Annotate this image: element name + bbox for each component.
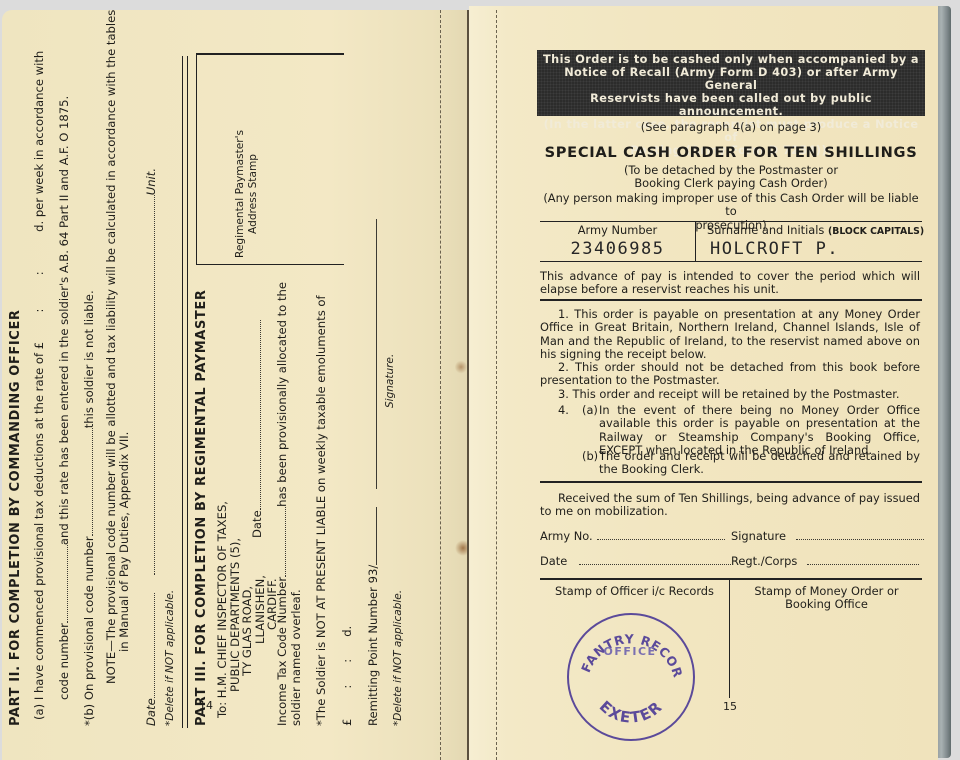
receipt-date: Date bbox=[540, 554, 731, 568]
text: : bbox=[32, 271, 46, 275]
part2-note-line2: in Manual of Pay Duties, Appendix VII. bbox=[117, 432, 131, 652]
stamp-ring-text-icon: INFANTRY RECORD OFFICE EXETER bbox=[566, 612, 694, 740]
unit-field[interactable] bbox=[144, 195, 155, 575]
stamp-officer-label: Stamp of Officer i/c Records bbox=[540, 585, 729, 598]
part2-date-field[interactable] bbox=[144, 593, 155, 698]
text: *(b) On provisional code number bbox=[82, 536, 96, 726]
surname-value[interactable]: HOLCROFT P. bbox=[710, 239, 839, 259]
signature-field[interactable] bbox=[366, 219, 377, 489]
clause-4a-tag: (a) bbox=[582, 404, 598, 417]
clause-4b-tag: (b) bbox=[582, 450, 598, 463]
table-divider bbox=[695, 221, 696, 261]
notice-line: Notice of Recall (Army Form D 403) or af… bbox=[537, 66, 925, 92]
text: Booking Office bbox=[731, 598, 922, 611]
text: has been provisionally allocated to the bbox=[275, 282, 289, 507]
army-number-value[interactable]: 23406985 bbox=[540, 239, 695, 259]
cash-order-title: SPECIAL CASH ORDER FOR TEN SHILLINGS bbox=[537, 144, 925, 161]
part2-item-a-line1: (a) I have commenced provisional tax ded… bbox=[32, 51, 46, 720]
provisional-code-field[interactable] bbox=[82, 428, 93, 536]
signature-label: Signature. bbox=[384, 354, 397, 408]
surname-label: Surname and Initials (BLOCK CAPITALS) bbox=[707, 224, 924, 238]
receipt-regt-corps: Regt./Corps bbox=[731, 554, 919, 568]
notice-line: Reservists have been called out by publi… bbox=[537, 92, 925, 118]
section-rule bbox=[540, 299, 922, 301]
text: this soldier is not liable. bbox=[82, 290, 96, 428]
part2-footnote: *Delete if NOT applicable. bbox=[164, 590, 177, 726]
text: d. per week in accordance with bbox=[32, 51, 46, 232]
date-label: Date bbox=[540, 554, 567, 568]
clause-3: 3. This order and receipt will be retain… bbox=[540, 388, 920, 401]
page-number-left: 14 bbox=[199, 699, 213, 712]
svg-text:EXETER: EXETER bbox=[596, 697, 666, 727]
see-paragraph-note: (See paragraph 4(a) on page 3) bbox=[537, 121, 925, 134]
table-bottom-border bbox=[540, 261, 922, 262]
part3-heading: PART III. FOR COMPLETION BY REGIMENTAL P… bbox=[194, 290, 210, 726]
stamp-middle-text: OFFICE bbox=[603, 645, 656, 658]
detach-instruction: (To be detached by the Postmaster or Boo… bbox=[537, 164, 925, 191]
notice-line: This Order is to be cashed only when acc… bbox=[537, 53, 925, 66]
perforation-line-left bbox=[440, 10, 441, 760]
infantry-record-office-stamp: INFANTRY RECORD OFFICE EXETER bbox=[567, 613, 695, 741]
receipt-army-no: Army No. bbox=[540, 529, 725, 543]
receipt-date-field[interactable] bbox=[579, 554, 731, 565]
emoluments-amount-line: £::d. bbox=[340, 626, 354, 726]
advance-of-pay-text: This advance of pay is intended to cover… bbox=[540, 270, 920, 297]
receipt-regt-corps-field[interactable] bbox=[807, 554, 919, 565]
remitting-point-field[interactable] bbox=[366, 507, 377, 565]
text: : bbox=[340, 659, 354, 663]
regt-corps-label: Regt./Corps bbox=[731, 554, 797, 568]
text: : bbox=[340, 685, 354, 689]
section-divider bbox=[182, 56, 188, 728]
receipt-signature: Signature bbox=[731, 529, 924, 543]
page-number-right: 15 bbox=[723, 700, 737, 713]
text: code number bbox=[57, 623, 71, 700]
tax-inspector-address: To: H.M. CHIEF INSPECTOR OF TAXES, PUBLI… bbox=[216, 501, 279, 718]
text: (To be detached by the Postmaster or bbox=[537, 164, 925, 177]
block-capitals-note: (BLOCK CAPITALS) bbox=[828, 226, 924, 237]
part3-date-line: Date bbox=[250, 320, 264, 538]
receipt-army-no-field[interactable] bbox=[597, 529, 725, 540]
income-tax-code-field[interactable] bbox=[275, 507, 286, 577]
date-label: Date bbox=[144, 698, 158, 726]
part2-heading: PART II. FOR COMPLETION BY COMMANDING OF… bbox=[8, 309, 24, 726]
stamp-box-right-border bbox=[196, 53, 344, 55]
text: Income Tax Code Number bbox=[275, 577, 289, 726]
not-liable-line: *The Soldier is NOT AT PRESENT LIABLE on… bbox=[314, 295, 328, 726]
part2-item-b: *(b) On provisional code numberthis sold… bbox=[82, 290, 96, 726]
table-top-border bbox=[540, 221, 922, 222]
text: Remitting Point Number 93/ bbox=[366, 565, 380, 726]
stamp-money-order-label: Stamp of Money Order or Booking Office bbox=[731, 585, 922, 612]
remitting-point-line: Remitting Point Number 93/ bbox=[366, 219, 380, 726]
part3-date-field[interactable] bbox=[250, 320, 261, 510]
text: Stamp of Money Order or bbox=[731, 585, 922, 598]
stamp-box-left-border bbox=[196, 264, 344, 265]
receipt-text: Received the sum of Ten Shillings, being… bbox=[540, 492, 920, 519]
part2-item-a-line2: code numberand this rate has been entere… bbox=[57, 96, 71, 700]
code-number-field[interactable] bbox=[57, 545, 68, 623]
text: (a) I have commenced provisional tax ded… bbox=[32, 342, 46, 720]
perforation-line-right bbox=[496, 10, 497, 760]
section-rule bbox=[540, 578, 922, 580]
text: (Any person making improper use of this … bbox=[537, 192, 925, 219]
clause-4b: The order and receipt will be detached a… bbox=[599, 450, 920, 477]
open-service-book: PART II. FOR COMPLETION BY COMMANDING OF… bbox=[0, 0, 960, 760]
unit-label: Unit. bbox=[144, 168, 158, 195]
address-line: To: H.M. CHIEF INSPECTOR OF TAXES, bbox=[216, 501, 229, 718]
rust-stain bbox=[455, 360, 467, 374]
stamp-box-top-border bbox=[196, 55, 197, 265]
pound-sign: £ bbox=[340, 719, 354, 726]
text: Booking Clerk paying Cash Order) bbox=[537, 177, 925, 190]
text: Surname and Initials bbox=[707, 223, 824, 237]
clause-2: 2. This order should not be detached fro… bbox=[540, 361, 920, 388]
left-page-rotated-content: PART II. FOR COMPLETION BY COMMANDING OF… bbox=[8, 18, 438, 728]
army-no-label: Army No. bbox=[540, 529, 593, 543]
section-rule bbox=[540, 481, 922, 483]
receipt-signature-field[interactable] bbox=[796, 529, 924, 540]
part3-footnote: *Delete if NOT applicable. bbox=[392, 590, 405, 726]
spine bbox=[467, 10, 469, 760]
text: and this rate has been entered in the so… bbox=[57, 96, 71, 545]
recall-notice-box: This Order is to be cashed only when acc… bbox=[537, 50, 925, 116]
date-label: Date bbox=[250, 510, 264, 538]
clause-1: 1. This order is payable on presentation… bbox=[540, 308, 920, 361]
income-tax-code-line2: soldier named overleaf. bbox=[289, 589, 303, 726]
income-tax-code-line: Income Tax Code Numberhas been provision… bbox=[275, 282, 289, 726]
stamp-bottom-text: EXETER bbox=[596, 697, 666, 727]
text: : bbox=[32, 309, 46, 313]
signature-label: Signature bbox=[731, 529, 786, 543]
stamp-area-divider bbox=[729, 578, 730, 698]
clause-4-number: 4. bbox=[558, 404, 569, 417]
text: Address Stamp bbox=[247, 130, 260, 258]
text: Regimental Paymaster's bbox=[234, 130, 247, 258]
army-number-label: Army Number bbox=[540, 224, 695, 237]
part2-date-unit-line: DateUnit. bbox=[144, 168, 158, 726]
paymaster-stamp-label: Regimental Paymaster's Address Stamp bbox=[234, 130, 259, 258]
pence-label: d. bbox=[340, 626, 354, 637]
